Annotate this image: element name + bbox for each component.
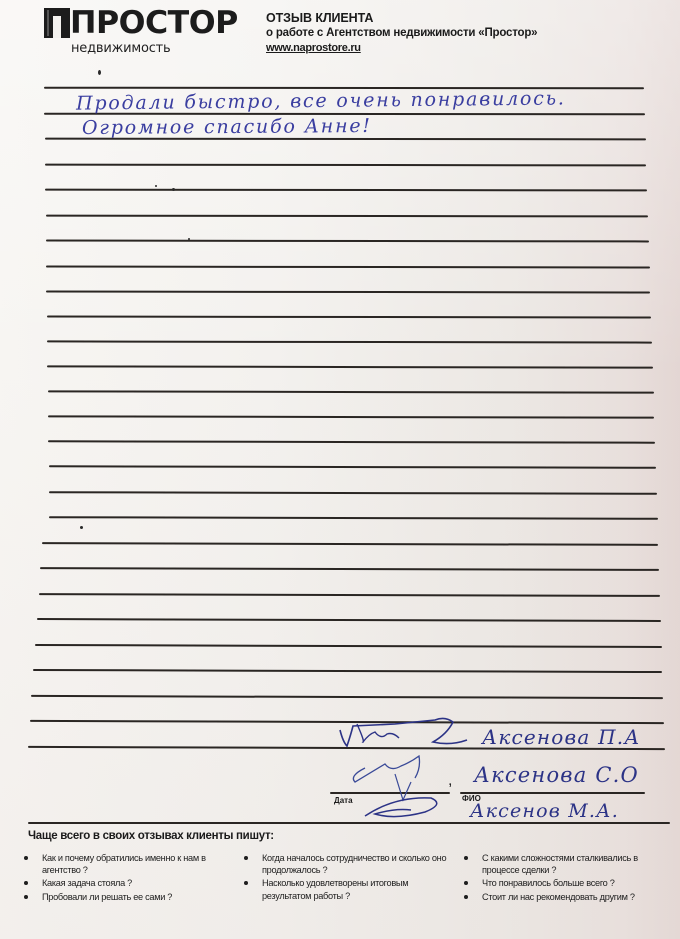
ruled-line [37,618,661,622]
ruled-line [49,491,657,495]
form-subtitle: о работе с Агентством недвижимости «Прос… [266,26,537,41]
ruled-line [31,695,663,699]
ruled-line [48,440,655,443]
ruled-line [35,644,662,648]
form-header: ОТЗЫВ КЛИЕНТА о работе с Агентством недв… [266,11,537,55]
ruled-line [47,340,652,343]
date-field-label: Дата [334,796,353,805]
logo-subtitle: недвижимость [71,41,171,57]
ruled-line [46,215,648,218]
signature-line [460,792,645,794]
ruled-line [33,669,662,673]
ruled-line [48,390,654,393]
ruled-line [49,516,658,520]
ruled-line [47,315,651,318]
hint-item: Насколько удовлетворены итоговым результ… [242,877,454,901]
ruled-line [48,415,654,418]
signatory-name-1: Аксенова П.А [482,726,641,748]
hint-item: Пробовали ли решать ее сами ? [22,891,232,903]
ruled-line [47,365,653,368]
ruled-line [46,266,650,269]
ruled-line [46,240,649,243]
hints-column-3: С какими сложностями сталкивались в проц… [462,852,662,904]
signature-line [28,822,670,824]
logo-wordmark: ПРОСТОР [70,4,238,42]
hint-item: С какими сложностями сталкивались в проц… [462,852,662,876]
hints-title: Чаще всего в своих отзывах клиенты пишут… [28,830,274,842]
hint-item: Что понравилось больше всего ? [462,877,662,889]
hint-item: Стоит ли нас рекомендовать другим ? [462,891,662,903]
review-line-1: Продали быстро, все очень понравилось. [76,87,566,114]
form-title: ОТЗЫВ КЛИЕНТА [266,11,537,26]
paper-speck [98,70,101,75]
logo-mark-icon [44,8,70,38]
signature-scribble-icon [335,712,475,822]
website-link[interactable]: www.naprostore.ru [266,41,537,55]
hint-item: Какая задача стояла ? [22,877,232,889]
signatory-name-3: Аксенов М.А. [470,800,619,822]
field-separator: , [448,772,452,790]
ruled-line [45,164,646,167]
signatory-name-2: Аксенова С.О [474,764,639,786]
ruled-line [45,189,647,192]
company-logo: ПРОСТОР недвижимость [44,4,224,60]
review-line-2: Огромное спасибо Анне! [82,115,372,139]
ruled-line [49,465,656,468]
name-field-label: ФИО [462,794,481,803]
hint-item: Когда началось сотрудничество и сколько … [242,852,454,876]
ruled-line [42,542,658,546]
paper-speck [172,188,175,191]
ruled-line [46,290,650,293]
hint-item: Как и почему обратились именно к нам в а… [22,852,232,876]
paper-speck [80,526,83,529]
ruled-line [40,567,659,571]
hints-column-1: Как и почему обратились именно к нам в а… [22,852,232,904]
paper-speck [188,238,190,240]
hints-column-2: Когда началось сотрудничество и сколько … [242,852,454,903]
ruled-line [39,593,660,597]
paper-speck [155,185,157,187]
